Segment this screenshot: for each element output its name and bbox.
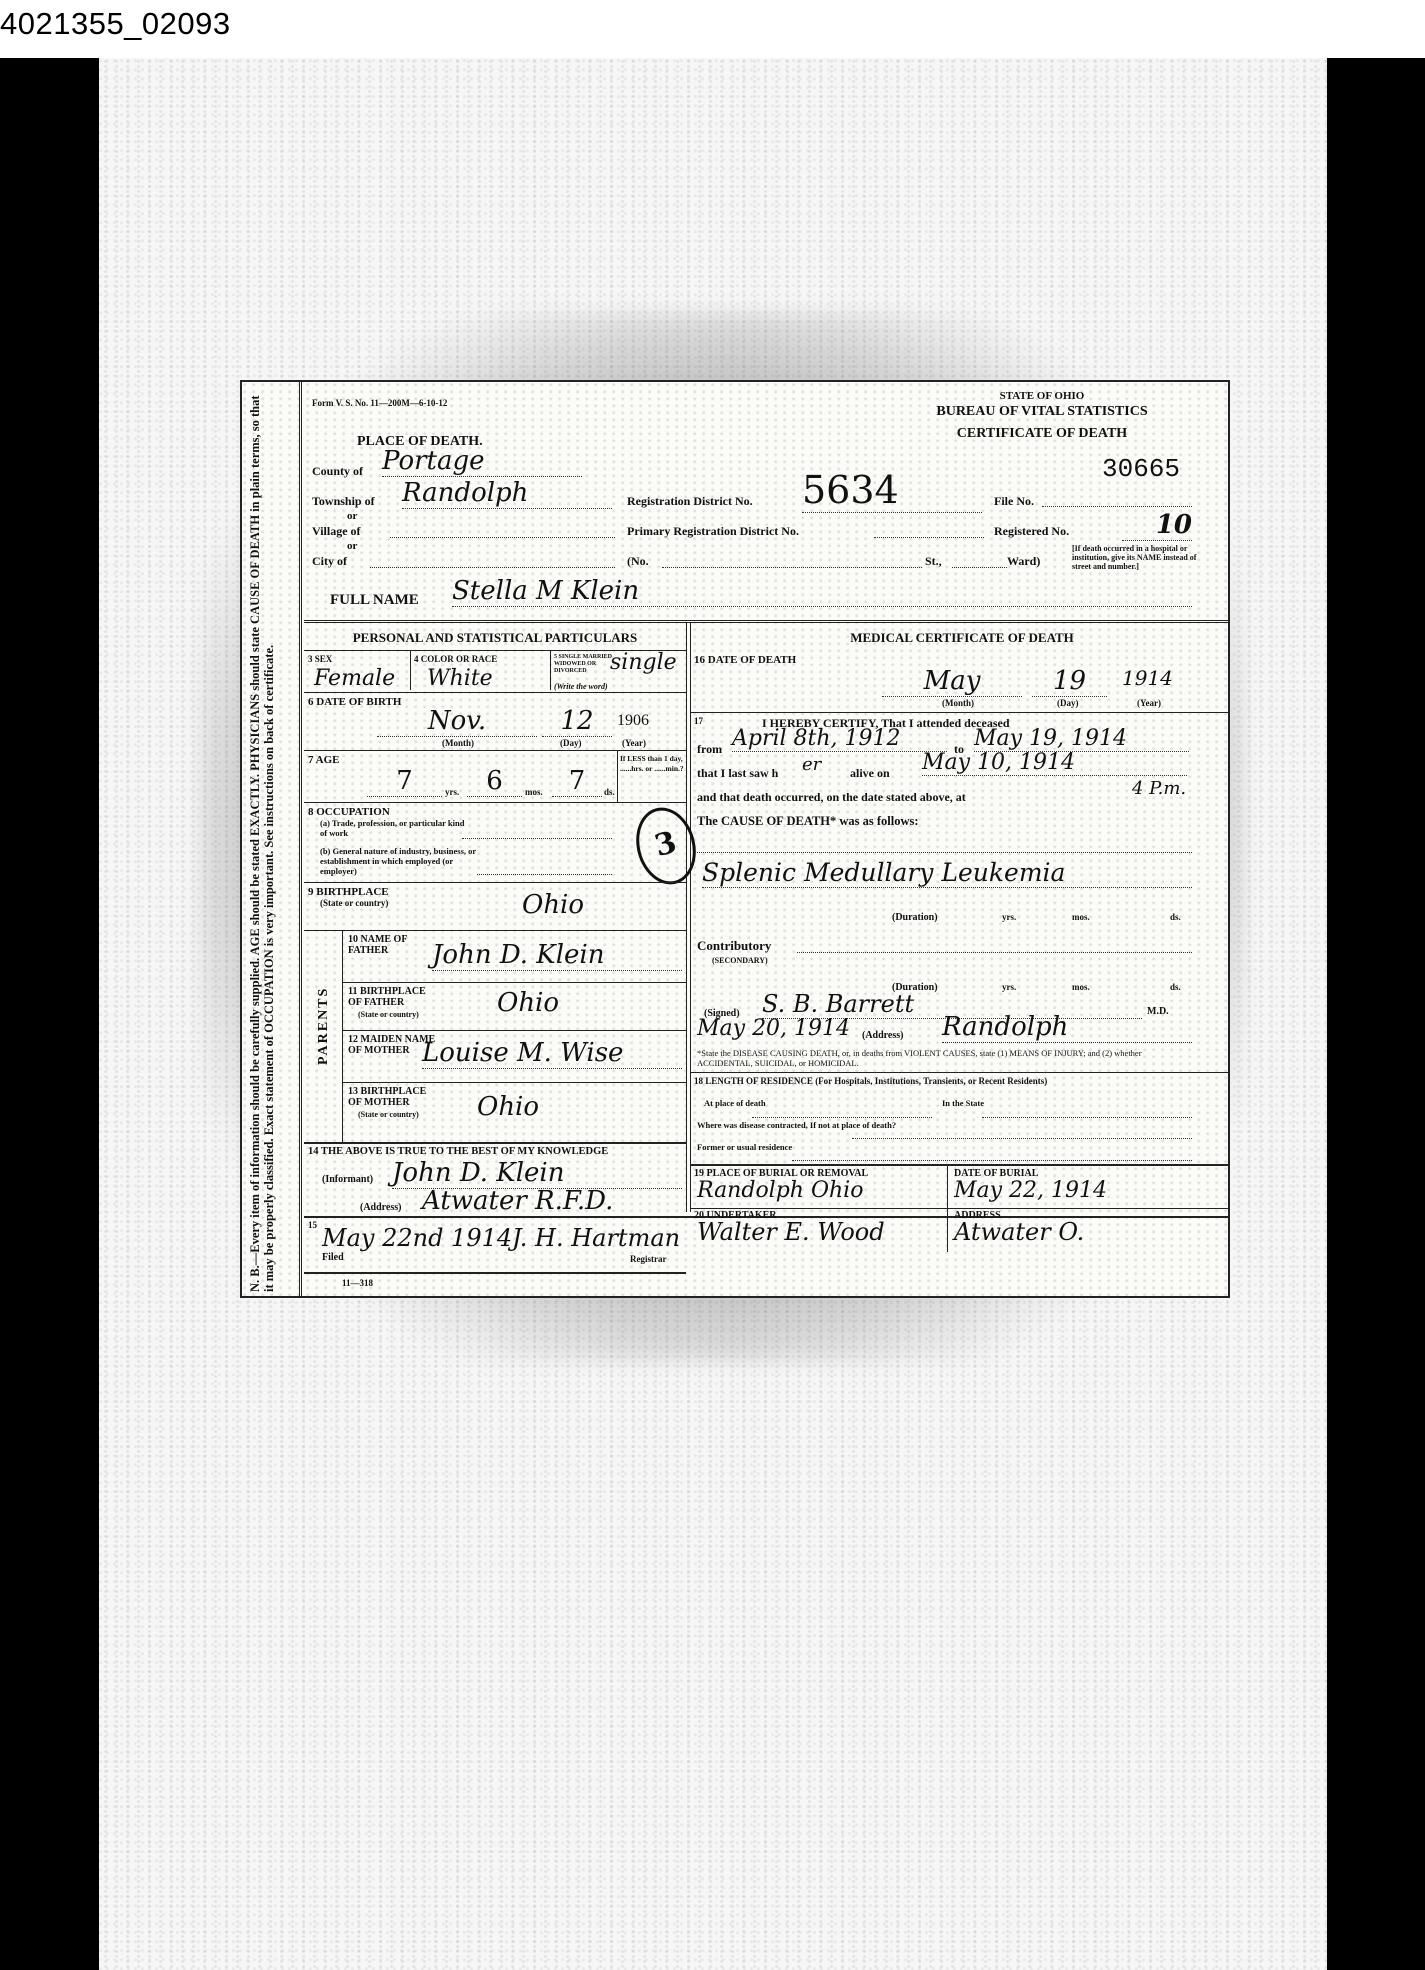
parents-label: PARENTS <box>316 1005 332 1065</box>
divider <box>410 650 411 690</box>
yrs-caption: yrs. <box>445 787 459 797</box>
registered-no-value: 10 <box>1122 510 1192 541</box>
file-number-stamp: 30665 <box>1102 454 1180 484</box>
month-caption: (Month) <box>442 738 474 748</box>
city-label: City of <box>312 554 347 569</box>
less-than-day-label: If LESS than 1 day, ......hrs. or ......… <box>620 754 686 774</box>
street-label: St., <box>925 554 942 569</box>
in-state-line <box>982 1117 1192 1118</box>
reg-district-label: Registration District No. <box>627 494 753 509</box>
informant-address-value: Atwater R.F.D. <box>422 1186 682 1217</box>
sex-value: Female <box>314 666 395 691</box>
last-saw-label: that I last saw h <box>697 766 778 781</box>
year-caption: (Year) <box>622 738 646 748</box>
death-certificate: N. B.—Every item of information should b… <box>240 380 1230 1298</box>
contributory-label: Contributory <box>697 938 771 954</box>
occupation-label: 8 OCCUPATION <box>308 806 390 818</box>
file-no-line <box>1042 506 1192 507</box>
age-months: 6 <box>467 766 522 797</box>
divider <box>304 750 686 751</box>
dod-day-caption: (Day) <box>1057 698 1079 708</box>
undertaker-address-value: Atwater O. <box>954 1218 1084 1246</box>
sex-label: 3 SEX <box>308 654 332 664</box>
birthplace-sub: (State or country) <box>320 898 388 908</box>
former-residence-label: Former or usual residence <box>697 1142 807 1152</box>
column-divider <box>686 622 691 1212</box>
duration-ds-2: ds. <box>1170 982 1181 992</box>
divider <box>304 930 686 931</box>
state-label: STATE OF OHIO <box>882 390 1202 402</box>
alive-on-date: May 10, 1914 <box>922 750 1187 776</box>
race-label: 4 COLOR OR RACE <box>414 654 497 664</box>
primary-reg-label: Primary Registration District No. <box>627 524 799 539</box>
dod-year-caption: (Year) <box>1137 698 1161 708</box>
medical-heading: MEDICAL CERTIFICATE OF DEATH <box>692 630 1232 646</box>
city-value <box>370 567 615 568</box>
signed-date: May 20, 1914 <box>697 1016 850 1041</box>
dod-label: 16 DATE OF DEATH <box>694 654 796 666</box>
certificate-title: CERTIFICATE OF DEATH <box>882 426 1202 442</box>
former-residence-line <box>792 1160 1192 1161</box>
cause-footnote: *State the DISEASE CAUSING DEATH, or, in… <box>697 1048 1197 1068</box>
occupation-b-label: (b) General nature of industry, business… <box>320 846 480 876</box>
in-state-label: In the State <box>942 1098 992 1108</box>
ward-label: Ward) <box>1007 554 1040 569</box>
handwritten-circled-mark: 3 <box>628 801 704 891</box>
burial-date-value: May 22, 1914 <box>954 1178 1107 1203</box>
informant-label: (Informant) <box>322 1174 373 1185</box>
village-value <box>390 537 615 538</box>
mother-name-value: Louise M. Wise <box>422 1038 682 1069</box>
divider <box>617 750 618 802</box>
registrar-name: J. H. Hartman <box>512 1224 680 1252</box>
burial-place-value: Randolph Ohio <box>697 1178 863 1203</box>
from-date: April 8th, 1912 <box>732 726 947 752</box>
residence-label: 18 LENGTH OF RESIDENCE (For Hospitals, I… <box>694 1076 1214 1086</box>
divider <box>304 692 686 693</box>
dod-day: 19 <box>1032 666 1107 697</box>
informant-address-label: (Address) <box>360 1202 401 1213</box>
divider <box>304 1272 686 1274</box>
ward-line <box>952 567 1007 568</box>
township-value: Randolph <box>402 478 612 509</box>
full-name-value: Stella M Klein <box>452 576 1192 607</box>
ds-caption: ds. <box>604 787 615 797</box>
contracted-label: Where was disease contracted, If not at … <box>697 1120 897 1130</box>
occupation-a-label: (a) Trade, profession, or particular kin… <box>320 818 470 838</box>
birthplace-value: Ohio <box>522 890 584 920</box>
registered-no-label: Registered No. <box>994 524 1069 539</box>
signed-address-value: Randolph <box>942 1012 1192 1043</box>
occupation-b-line <box>477 874 612 875</box>
day-caption: (Day) <box>560 738 582 748</box>
age-label: 7 AGE <box>308 754 339 766</box>
or-label-2: or <box>347 540 357 552</box>
cause-label: The CAUSE OF DEATH* was as follows: <box>697 814 919 829</box>
divider <box>304 802 686 803</box>
certify-number: 17 <box>694 716 703 726</box>
footer-code: 11—318 <box>342 1278 373 1288</box>
at-place-line <box>752 1117 932 1118</box>
contributory-line <box>797 952 1192 953</box>
cause-line-1 <box>697 852 1192 853</box>
duration-yrs-1: yrs. <box>1002 912 1016 922</box>
mother-birthplace-value: Ohio <box>477 1092 539 1122</box>
race-value: White <box>427 666 493 691</box>
age-years: 7 <box>367 766 442 797</box>
dod-year: 1914 <box>1122 666 1173 690</box>
divider <box>304 620 1230 623</box>
father-birthplace-label: 11 BIRTHPLACE OF FATHER <box>348 986 438 1008</box>
township-label: Township of <box>312 494 375 509</box>
alive-on-label: alive on <box>850 766 890 781</box>
filed-label: Filed <box>322 1252 344 1263</box>
secondary-label: (SECONDARY) <box>712 956 768 965</box>
personal-heading: PERSONAL AND STATISTICAL PARTICULARS <box>304 630 686 646</box>
mos-caption: mos. <box>525 787 543 797</box>
street-line <box>662 567 922 568</box>
knowledge-statement: 14 THE ABOVE IS TRUE TO THE BEST OF MY K… <box>308 1146 608 1157</box>
death-time: 4 P.m. <box>1132 778 1186 799</box>
divider <box>304 882 686 883</box>
filed-date: May 22nd 1914 <box>322 1224 512 1252</box>
divider <box>690 1164 1230 1166</box>
divider <box>342 1082 686 1083</box>
dod-month: May <box>882 666 1022 697</box>
signed-address-label: (Address) <box>862 1030 903 1041</box>
father-name-value: John D. Klein <box>432 940 682 971</box>
mother-birthplace-sub: (State or country) <box>358 1110 419 1119</box>
form-number: Form V. S. No. 11—200M—6-10-12 <box>312 398 447 408</box>
file-no-label: File No. <box>994 494 1034 509</box>
to-date: May 19, 1914 <box>974 726 1189 752</box>
dob-month: Nov. <box>377 706 537 737</box>
county-label: County of <box>312 464 363 479</box>
father-name-label: 10 NAME OF FATHER <box>348 934 428 956</box>
cause-value: Splenic Medullary Leukemia <box>702 858 1192 888</box>
mother-birthplace-label: 13 BIRTHPLACE OF MOTHER <box>348 1086 438 1108</box>
duration-label-1: (Duration) <box>892 912 938 923</box>
or-label-1: or <box>347 510 357 522</box>
divider <box>690 712 1230 713</box>
reg-district-value: 5634 <box>802 468 982 513</box>
informant-value: John D. Klein <box>392 1158 682 1189</box>
divider <box>690 1072 1230 1073</box>
full-name-label: FULL NAME <box>330 592 419 609</box>
village-label: Village of <box>312 524 361 539</box>
death-occurred-label: and that death occurred, on the date sta… <box>697 790 966 805</box>
divider <box>304 1142 686 1144</box>
street-number-label: (No. <box>627 554 649 569</box>
hospital-note: [If death occurred in a hospital or inst… <box>1072 544 1202 571</box>
filed-number: 15 <box>308 1220 317 1230</box>
marital-note: (Write the word) <box>554 682 608 691</box>
duration-ds-1: ds. <box>1170 912 1181 922</box>
from-label: from <box>697 742 722 757</box>
side-note-strip: N. B.—Every item of information should b… <box>242 382 302 1296</box>
bureau-label: BUREAU OF VITAL STATISTICS <box>882 404 1202 420</box>
duration-mos-1: mos. <box>1072 912 1090 922</box>
undertaker-value: Walter E. Wood <box>697 1218 885 1246</box>
age-days: 7 <box>552 766 602 797</box>
marital-label: 5 SINGLE MARRIED WIDOWED OR DIVORCED <box>554 654 614 675</box>
at-place-label: At place of death <box>704 1098 774 1108</box>
father-birthplace-value: Ohio <box>497 988 559 1018</box>
dob-year: 1906 <box>617 712 649 730</box>
birthplace-label: 9 BIRTHPLACE <box>308 886 389 898</box>
divider <box>342 1030 686 1031</box>
marital-value: single <box>610 650 677 675</box>
divider <box>690 1208 1230 1209</box>
divider <box>342 930 343 1142</box>
registrar-label: Registrar <box>630 1254 666 1264</box>
divider <box>550 650 551 690</box>
dod-month-caption: (Month) <box>942 698 974 708</box>
county-value: Portage <box>382 446 582 477</box>
father-birthplace-sub: (State or country) <box>358 1010 419 1019</box>
primary-reg-value <box>874 537 984 538</box>
image-id-label: 4021355_02093 <box>0 6 231 42</box>
contracted-line <box>852 1138 1192 1139</box>
divider <box>342 982 686 983</box>
dob-day: 12 <box>542 706 612 737</box>
occupation-a-line <box>462 838 612 839</box>
last-saw-pronoun: er <box>802 754 821 775</box>
